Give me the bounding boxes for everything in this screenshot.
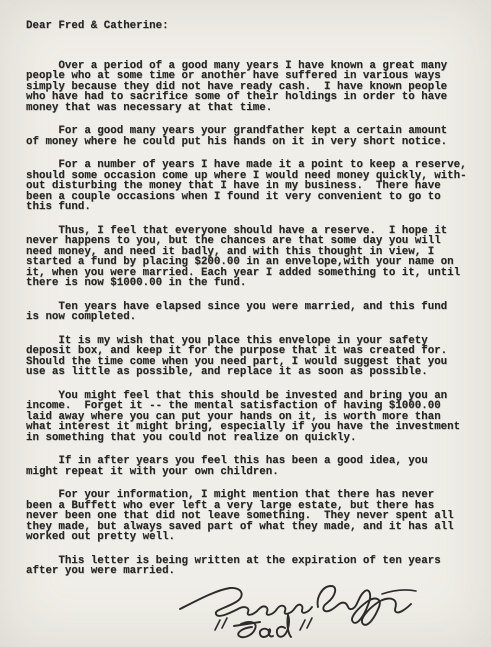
signature-first-name-stroke — [180, 588, 312, 616]
letter-paragraph: For a good many years your grandfather k… — [26, 126, 477, 147]
signature-dad-d-stroke — [234, 622, 260, 637]
letter-paragraph: This letter is being written at the expi… — [26, 556, 477, 577]
signature-open-quote-stroke — [215, 618, 227, 630]
letter-paragraph: It is my wish that you place this envelo… — [26, 336, 477, 378]
letter-paragraph: For a number of years I have made it a p… — [26, 160, 477, 213]
letter-greeting: Dear Fred & Catherine: — [26, 21, 477, 32]
letter-paragraph: Over a period of a good many years I hav… — [26, 61, 477, 114]
signature-dad-a-stroke — [260, 629, 273, 637]
signature-dad-d2-stroke — [277, 615, 291, 637]
letter-paper: Dear Fred & Catherine: Over a period of … — [0, 0, 491, 647]
letter-paragraph: Ten years have elapsed since you were ma… — [26, 302, 477, 323]
letter-paragraph: Thus, I feel that everyone should have a… — [26, 226, 477, 289]
signature-last-name-stroke — [318, 586, 411, 625]
letter-paragraph: For your information, I might mention th… — [26, 490, 477, 543]
letter-paragraph: You might feel that this should be inves… — [26, 391, 477, 444]
signature-crossbar-stroke — [382, 590, 416, 594]
letter-paragraph: If in after years you feel this has been… — [26, 456, 477, 477]
handwritten-signature: Ernest Buffett "Dad" — [168, 578, 422, 642]
letter-body: Dear Fred & Catherine: Over a period of … — [26, 21, 477, 590]
signature-close-quote-stroke — [300, 618, 312, 630]
signature-script-icon: Ernest Buffett "Dad" — [168, 578, 422, 642]
